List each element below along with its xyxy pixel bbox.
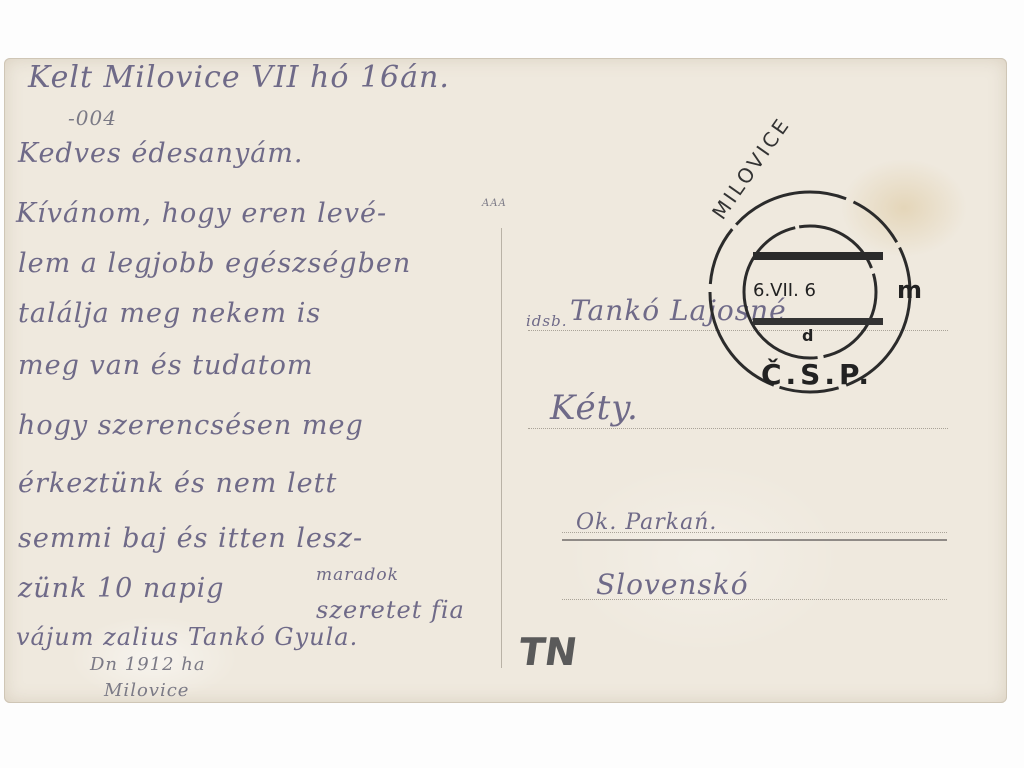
postmark-country: Č.S.P. xyxy=(761,358,873,391)
pencil-note: Dn 1912 ha xyxy=(90,654,206,675)
message-line: meg van és tudatom xyxy=(18,350,314,381)
postmark-date: 6.VII. 6 xyxy=(753,280,816,301)
message-line: zünk 10 napig xyxy=(18,573,225,604)
address-rule xyxy=(562,532,947,533)
address-prefix: idsb. xyxy=(526,312,567,330)
message-line: találja meg nekem is xyxy=(18,298,321,329)
insertion-above: maradok xyxy=(316,565,399,585)
corner-mark: AAA xyxy=(482,198,507,209)
message-salutation: Kedves édesanyám. xyxy=(18,138,304,169)
address-town: Kéty. xyxy=(550,388,639,428)
address-rule xyxy=(562,599,947,600)
postmark: 6.VII. 6 d m MILOVICE Č.S.P. xyxy=(695,180,925,405)
center-divider xyxy=(501,228,502,668)
address-country: Slovenskó xyxy=(596,568,749,601)
postmark-side: m xyxy=(897,276,922,304)
address-underline xyxy=(562,539,947,541)
message-line: Kívánom, hogy eren levé- xyxy=(16,198,387,229)
insertion-line: szeretet fia xyxy=(316,596,465,624)
postmark-letter: d xyxy=(802,326,813,345)
postcard-back: Kelt Milovice VII hó 16án. -004 Kedves é… xyxy=(4,58,1007,703)
insertion-number: -004 xyxy=(68,106,117,130)
pencil-note: Milovice xyxy=(104,680,189,701)
address-rule xyxy=(528,428,948,429)
pencil-initials: TN xyxy=(516,630,580,674)
message-dateline: Kelt Milovice VII hó 16án. xyxy=(28,60,450,95)
message-line: hogy szerencsésen meg xyxy=(18,410,364,441)
message-line: érkeztünk és nem lett xyxy=(18,468,337,499)
message-line: lem a legjobb egészségben xyxy=(18,248,411,279)
message-line: semmi baj és itten lesz- xyxy=(18,523,363,554)
message-closing: vájum zalius Tankó Gyula. xyxy=(16,623,358,651)
